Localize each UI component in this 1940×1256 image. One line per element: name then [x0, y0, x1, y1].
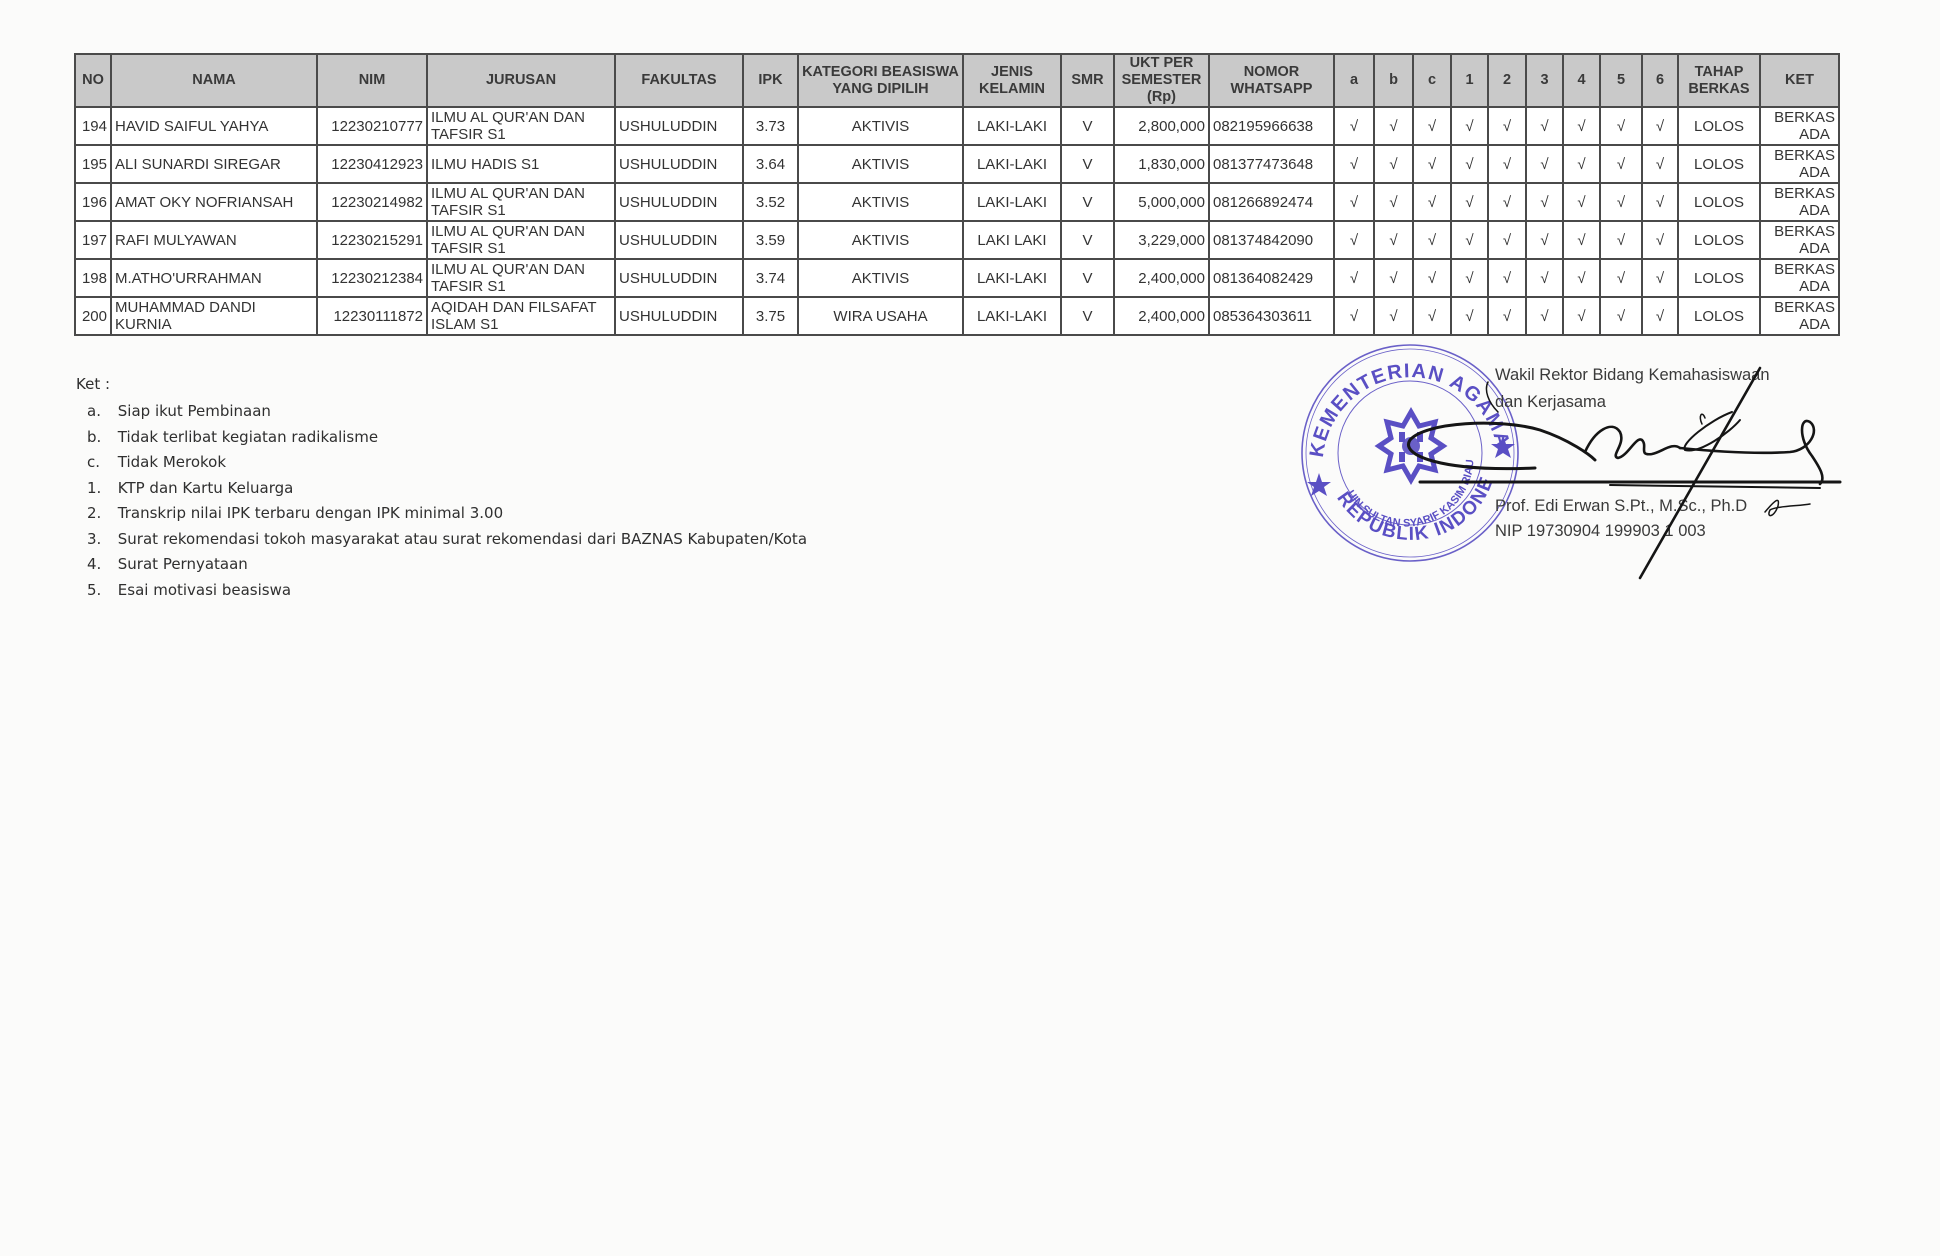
cell-whatsapp: 085364303611: [1209, 297, 1334, 335]
ket-line1: BERKAS: [1764, 185, 1835, 202]
cell-fakultas: USHULUDDIN: [615, 145, 743, 183]
official-stamp: KEMENTERIAN AGAMA REPUBLIK INDONESIA UIN…: [1297, 340, 1523, 566]
cell-tahap-berkas: LOLOS: [1678, 259, 1760, 297]
cell-kategori: AKTIVIS: [798, 221, 963, 259]
cell-ukt: 2,800,000: [1114, 107, 1209, 145]
ket-line1: BERKAS: [1764, 261, 1835, 278]
cell-smr: V: [1061, 221, 1114, 259]
cell-whatsapp: 081377473648: [1209, 145, 1334, 183]
list-marker: b.: [76, 425, 113, 451]
check-mark-icon: √: [1488, 183, 1526, 221]
cell-tahap-berkas: LOLOS: [1678, 107, 1760, 145]
column-header-nama: NAMA: [111, 54, 317, 107]
list-item: c. Tidak Merokok: [76, 450, 807, 476]
ket-line1: BERKAS: [1764, 147, 1835, 164]
list-text: Surat rekomendasi tokoh masyarakat atau …: [118, 530, 807, 548]
list-item: a. Siap ikut Pembinaan: [76, 399, 807, 425]
check-mark-icon: √: [1374, 183, 1413, 221]
list-text: Tidak terlibat kegiatan radikalisme: [118, 428, 378, 446]
ket-line2: ADA: [1764, 126, 1835, 143]
cell-ipk: 3.73: [743, 107, 798, 145]
ket-line1: BERKAS: [1764, 109, 1835, 126]
check-mark-icon: √: [1334, 107, 1374, 145]
check-mark-icon: √: [1642, 259, 1678, 297]
list-item: 4. Surat Pernyataan: [76, 552, 807, 578]
cell-whatsapp: 081364082429: [1209, 259, 1334, 297]
check-mark-icon: √: [1374, 145, 1413, 183]
column-header-c: c: [1413, 54, 1451, 107]
check-mark-icon: √: [1413, 297, 1451, 335]
column-header-whatsapp: NOMOR WHATSAPP: [1209, 54, 1334, 107]
list-marker: 2.: [76, 501, 113, 527]
check-mark-icon: √: [1374, 221, 1413, 259]
cell-jenis-kelamin: LAKI LAKI: [963, 221, 1061, 259]
column-header-1: 1: [1451, 54, 1488, 107]
check-mark-icon: √: [1488, 259, 1526, 297]
check-mark-icon: √: [1642, 183, 1678, 221]
cell-jenis-kelamin: LAKI-LAKI: [963, 297, 1061, 335]
cell-kategori: AKTIVIS: [798, 259, 963, 297]
check-mark-icon: √: [1526, 145, 1563, 183]
list-marker: 5.: [76, 578, 113, 604]
cell-ukt: 3,229,000: [1114, 221, 1209, 259]
check-mark-icon: √: [1563, 259, 1600, 297]
cell-kategori: AKTIVIS: [798, 107, 963, 145]
cell-ket: BERKASADA: [1760, 297, 1839, 335]
check-mark-icon: √: [1642, 221, 1678, 259]
cell-nim: 12230215291: [317, 221, 427, 259]
column-header-b: b: [1374, 54, 1413, 107]
check-mark-icon: √: [1488, 297, 1526, 335]
list-text: Siap ikut Pembinaan: [118, 402, 271, 420]
column-header-jurusan: JURUSAN: [427, 54, 615, 107]
cell-nim: 12230111872: [317, 297, 427, 335]
check-mark-icon: √: [1451, 145, 1488, 183]
check-mark-icon: √: [1334, 259, 1374, 297]
table-row: 195ALI SUNARDI SIREGAR12230412923ILMU HA…: [75, 145, 1839, 183]
cell-smr: V: [1061, 145, 1114, 183]
column-header-kategori: KATEGORI BEASISWA YANG DIPILIH: [798, 54, 963, 107]
ket-line2: ADA: [1764, 316, 1835, 333]
cell-no: 197: [75, 221, 111, 259]
check-mark-icon: √: [1413, 145, 1451, 183]
cell-jurusan: ILMU AL QUR'AN DAN TAFSIR S1: [427, 183, 615, 221]
check-mark-icon: √: [1563, 297, 1600, 335]
check-mark-icon: √: [1374, 107, 1413, 145]
list-item: 3. Surat rekomendasi tokoh masyarakat at…: [76, 527, 807, 553]
column-header-fakultas: FAKULTAS: [615, 54, 743, 107]
cell-no: 196: [75, 183, 111, 221]
cell-jenis-kelamin: LAKI-LAKI: [963, 183, 1061, 221]
cell-smr: V: [1061, 107, 1114, 145]
cell-nim: 12230412923: [317, 145, 427, 183]
cell-ukt: 5,000,000: [1114, 183, 1209, 221]
check-mark-icon: √: [1600, 259, 1642, 297]
ket-line1: BERKAS: [1764, 299, 1835, 316]
cell-jenis-kelamin: LAKI-LAKI: [963, 259, 1061, 297]
cell-ipk: 3.74: [743, 259, 798, 297]
check-mark-icon: √: [1563, 183, 1600, 221]
column-header-6: 6: [1642, 54, 1678, 107]
ket-line1: BERKAS: [1764, 223, 1835, 240]
cell-fakultas: USHULUDDIN: [615, 183, 743, 221]
cell-whatsapp: 081374842090: [1209, 221, 1334, 259]
cell-jurusan: ILMU AL QUR'AN DAN TAFSIR S1: [427, 221, 615, 259]
table-row: 194HAVID SAIFUL YAHYA12230210777ILMU AL …: [75, 107, 1839, 145]
check-mark-icon: √: [1526, 259, 1563, 297]
cell-tahap-berkas: LOLOS: [1678, 221, 1760, 259]
column-header-4: 4: [1563, 54, 1600, 107]
list-item: 1. KTP dan Kartu Keluarga: [76, 476, 807, 502]
ket-line2: ADA: [1764, 202, 1835, 219]
cell-no: 198: [75, 259, 111, 297]
cell-nama: AMAT OKY NOFRIANSAH: [111, 183, 317, 221]
check-mark-icon: √: [1526, 107, 1563, 145]
check-mark-icon: √: [1334, 297, 1374, 335]
signatory-name: Prof. Edi Erwan S.Pt., M.Sc., Ph.D: [1495, 497, 1747, 516]
cell-jurusan: ILMU AL QUR'AN DAN TAFSIR S1: [427, 107, 615, 145]
table-row: 198M.ATHO'URRAHMAN12230212384ILMU AL QUR…: [75, 259, 1839, 297]
cell-ket: BERKASADA: [1760, 259, 1839, 297]
list-text: Surat Pernyataan: [118, 555, 248, 573]
check-mark-icon: √: [1488, 145, 1526, 183]
check-mark-icon: √: [1413, 221, 1451, 259]
check-mark-icon: √: [1563, 145, 1600, 183]
cell-tahap-berkas: LOLOS: [1678, 297, 1760, 335]
list-text: Esai motivasi beasiswa: [118, 581, 291, 599]
cell-ukt: 2,400,000: [1114, 259, 1209, 297]
ket-line2: ADA: [1764, 164, 1835, 181]
cell-whatsapp: 081266892474: [1209, 183, 1334, 221]
cell-fakultas: USHULUDDIN: [615, 107, 743, 145]
cell-nama: HAVID SAIFUL YAHYA: [111, 107, 317, 145]
cell-smr: V: [1061, 183, 1114, 221]
cell-ukt: 1,830,000: [1114, 145, 1209, 183]
document-page: NONAMANIMJURUSANFAKULTASIPKKATEGORI BEAS…: [0, 0, 1940, 1256]
list-text: KTP dan Kartu Keluarga: [118, 479, 294, 497]
cell-nim: 12230214982: [317, 183, 427, 221]
column-header-tahap-berkas: TAHAP BERKAS: [1678, 54, 1760, 107]
signatory-title-line2: dan Kerjasama: [1495, 393, 1606, 412]
cell-nama: RAFI MULYAWAN: [111, 221, 317, 259]
check-mark-icon: √: [1334, 145, 1374, 183]
column-header-no: NO: [75, 54, 111, 107]
column-header-nim: NIM: [317, 54, 427, 107]
cell-nama: ALI SUNARDI SIREGAR: [111, 145, 317, 183]
check-mark-icon: √: [1600, 183, 1642, 221]
list-item: 5. Esai motivasi beasiswa: [76, 578, 807, 604]
cell-fakultas: USHULUDDIN: [615, 297, 743, 335]
cell-ket: BERKASADA: [1760, 145, 1839, 183]
column-header-smr: SMR: [1061, 54, 1114, 107]
list-text: Transkrip nilai IPK terbaru dengan IPK m…: [118, 504, 503, 522]
check-mark-icon: √: [1413, 259, 1451, 297]
check-mark-icon: √: [1600, 145, 1642, 183]
column-header-a: a: [1334, 54, 1374, 107]
list-marker: 1.: [76, 476, 113, 502]
column-header-3: 3: [1526, 54, 1563, 107]
cell-tahap-berkas: LOLOS: [1678, 183, 1760, 221]
table-row: 200MUHAMMAD DANDI KURNIA12230111872AQIDA…: [75, 297, 1839, 335]
check-mark-icon: √: [1526, 297, 1563, 335]
cell-nama: M.ATHO'URRAHMAN: [111, 259, 317, 297]
cell-nama: MUHAMMAD DANDI KURNIA: [111, 297, 317, 335]
cell-ipk: 3.59: [743, 221, 798, 259]
check-mark-icon: √: [1334, 183, 1374, 221]
check-mark-icon: √: [1413, 183, 1451, 221]
scholarship-roster-table: NONAMANIMJURUSANFAKULTASIPKKATEGORI BEAS…: [74, 53, 1840, 336]
table-header-row: NONAMANIMJURUSANFAKULTASIPKKATEGORI BEAS…: [75, 54, 1839, 107]
cell-jenis-kelamin: LAKI-LAKI: [963, 107, 1061, 145]
check-mark-icon: √: [1526, 221, 1563, 259]
cell-no: 195: [75, 145, 111, 183]
check-mark-icon: √: [1600, 297, 1642, 335]
check-mark-icon: √: [1600, 221, 1642, 259]
check-mark-icon: √: [1374, 259, 1413, 297]
cell-nim: 12230212384: [317, 259, 427, 297]
column-header-jenis-kelamin: JENIS KELAMIN: [963, 54, 1061, 107]
cell-ipk: 3.52: [743, 183, 798, 221]
cell-smr: V: [1061, 259, 1114, 297]
column-header-2: 2: [1488, 54, 1526, 107]
check-mark-icon: √: [1488, 107, 1526, 145]
check-mark-icon: √: [1451, 183, 1488, 221]
check-mark-icon: √: [1563, 107, 1600, 145]
notes-list: a. Siap ikut Pembinaanb. Tidak terlibat …: [76, 399, 807, 603]
check-mark-icon: √: [1563, 221, 1600, 259]
cell-whatsapp: 082195966638: [1209, 107, 1334, 145]
cell-no: 200: [75, 297, 111, 335]
check-mark-icon: √: [1600, 107, 1642, 145]
university-emblem-icon: [1379, 412, 1443, 480]
list-marker: 4.: [76, 552, 113, 578]
ket-line2: ADA: [1764, 240, 1835, 257]
list-item: b. Tidak terlibat kegiatan radikalisme: [76, 425, 807, 451]
check-mark-icon: √: [1374, 297, 1413, 335]
cell-ket: BERKASADA: [1760, 221, 1839, 259]
table-row: 197RAFI MULYAWAN12230215291ILMU AL QUR'A…: [75, 221, 1839, 259]
column-header-ukt: UKT PER SEMESTER (Rp): [1114, 54, 1209, 107]
table-row: 196AMAT OKY NOFRIANSAH12230214982ILMU AL…: [75, 183, 1839, 221]
cell-fakultas: USHULUDDIN: [615, 259, 743, 297]
check-mark-icon: √: [1451, 221, 1488, 259]
cell-ket: BERKASADA: [1760, 107, 1839, 145]
list-marker: 3.: [76, 527, 113, 553]
cell-jenis-kelamin: LAKI-LAKI: [963, 145, 1061, 183]
column-header-ket: KET: [1760, 54, 1839, 107]
ket-line2: ADA: [1764, 278, 1835, 295]
cell-nim: 12230210777: [317, 107, 427, 145]
cell-fakultas: USHULUDDIN: [615, 221, 743, 259]
cell-kategori: AKTIVIS: [798, 145, 963, 183]
check-mark-icon: √: [1451, 297, 1488, 335]
cell-kategori: WIRA USAHA: [798, 297, 963, 335]
cell-jurusan: AQIDAH DAN FILSAFAT ISLAM S1: [427, 297, 615, 335]
notes-section: Ket : a. Siap ikut Pembinaanb. Tidak ter…: [76, 375, 807, 603]
check-mark-icon: √: [1451, 259, 1488, 297]
list-marker: a.: [76, 399, 113, 425]
check-mark-icon: √: [1526, 183, 1563, 221]
check-mark-icon: √: [1642, 145, 1678, 183]
cell-ket: BERKASADA: [1760, 183, 1839, 221]
list-marker: c.: [76, 450, 113, 476]
check-mark-icon: √: [1334, 221, 1374, 259]
cell-smr: V: [1061, 297, 1114, 335]
check-mark-icon: √: [1451, 107, 1488, 145]
cell-ipk: 3.75: [743, 297, 798, 335]
cell-ukt: 2,400,000: [1114, 297, 1209, 335]
cell-kategori: AKTIVIS: [798, 183, 963, 221]
check-mark-icon: √: [1488, 221, 1526, 259]
column-header-ipk: IPK: [743, 54, 798, 107]
signatory-title-line1: Wakil Rektor Bidang Kemahasiswaan: [1495, 366, 1770, 385]
list-text: Tidak Merokok: [118, 453, 226, 471]
signatory-nip: NIP 19730904 199903 1 003: [1495, 522, 1706, 541]
column-header-5: 5: [1600, 54, 1642, 107]
check-mark-icon: √: [1413, 107, 1451, 145]
check-mark-icon: √: [1642, 107, 1678, 145]
cell-no: 194: [75, 107, 111, 145]
cell-ipk: 3.64: [743, 145, 798, 183]
check-mark-icon: √: [1642, 297, 1678, 335]
cell-jurusan: ILMU HADIS S1: [427, 145, 615, 183]
cell-jurusan: ILMU AL QUR'AN DAN TAFSIR S1: [427, 259, 615, 297]
cell-tahap-berkas: LOLOS: [1678, 145, 1760, 183]
notes-title: Ket :: [76, 375, 807, 393]
list-item: 2. Transkrip nilai IPK terbaru dengan IP…: [76, 501, 807, 527]
